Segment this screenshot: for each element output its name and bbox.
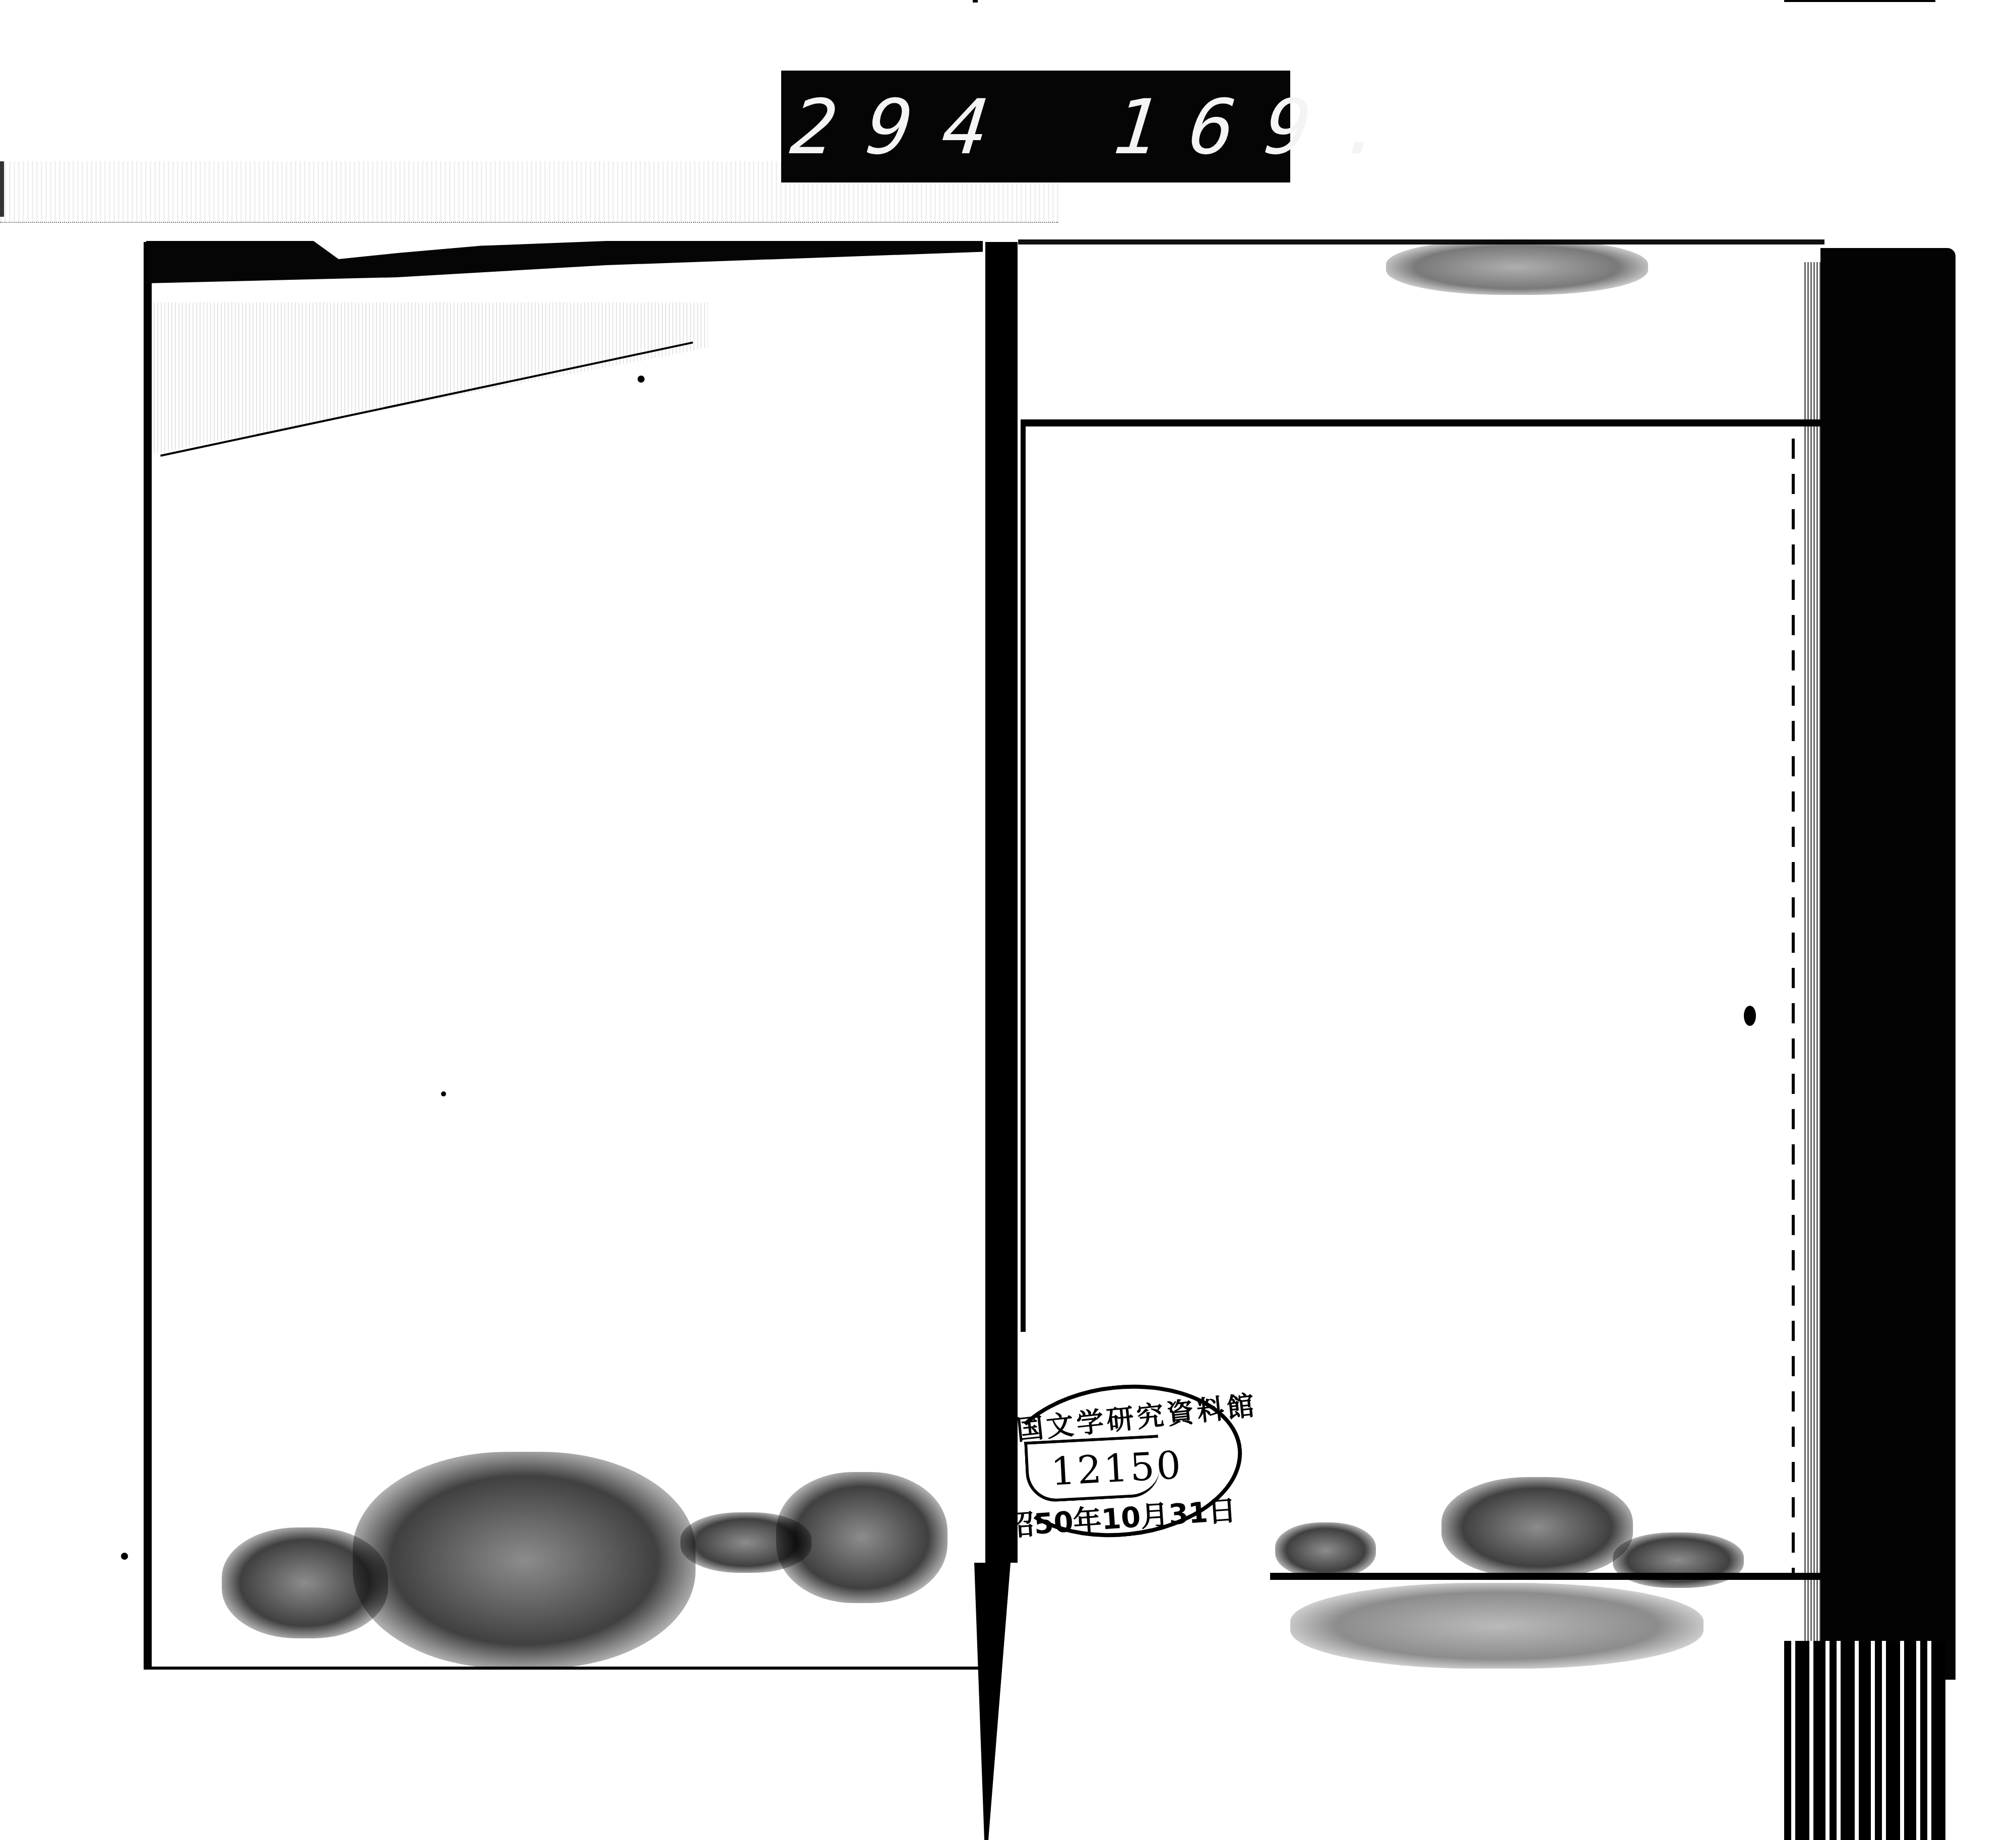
top-edge-mark xyxy=(1784,0,1935,2)
water-stain xyxy=(680,1512,811,1573)
water-stain xyxy=(1441,1477,1633,1578)
ink-blot xyxy=(121,1553,128,1560)
frame-counter: 294 169. xyxy=(781,71,1290,182)
counter-right-number: 169. xyxy=(1109,85,1421,170)
ink-blot xyxy=(1744,1006,1756,1026)
stamp-accession-number: 12150 xyxy=(1050,1442,1184,1494)
water-stain xyxy=(1613,1532,1744,1588)
frame-rule-right-dashed xyxy=(1792,439,1795,1573)
frame-rule-top xyxy=(1021,419,1832,426)
water-stain xyxy=(353,1452,696,1669)
water-stain xyxy=(1386,239,1648,295)
right-dark-edge xyxy=(1820,248,1956,1680)
book-gutter xyxy=(985,242,1018,1563)
frame-rule-left xyxy=(1021,419,1026,1332)
counter-left-number: 294 xyxy=(787,85,1023,170)
library-stamp: 国文学研究資料館 12150 昭50年10月31日 xyxy=(1000,1385,1250,1542)
water-stain xyxy=(1275,1522,1376,1578)
book-gutter-tail xyxy=(970,1563,1011,1840)
scan-edge xyxy=(0,161,4,217)
page-edge-stripes xyxy=(1784,1641,1945,1840)
top-edge-mark xyxy=(973,0,978,3)
ink-blot xyxy=(441,1091,446,1096)
ink-blot xyxy=(638,376,645,383)
water-stain xyxy=(1290,1583,1704,1669)
